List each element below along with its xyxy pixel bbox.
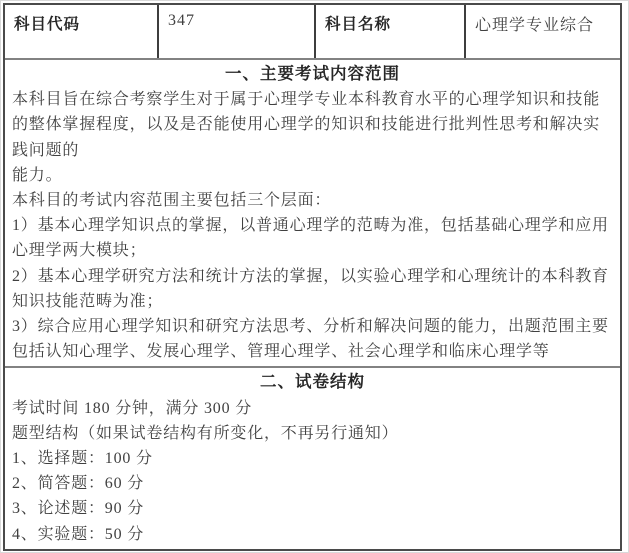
text-line: 1）基本心理学知识点的掌握，以普通心理学的范畴为准，包括基础心理学和应用 xyxy=(5,213,620,238)
text-line: 能力。 xyxy=(5,163,620,188)
text-line: 3、论述题：90 分 xyxy=(5,496,620,521)
text-line: 2）基本心理学研究方法和统计方法的掌握，以实验心理学和心理统计的本科教育 xyxy=(5,264,620,289)
text-line: 心理学两大模块； xyxy=(5,238,620,263)
subject-name-label: 科目名称 xyxy=(316,5,466,58)
document-page: 科目代码 347 科目名称 心理学专业综合 一、主要考试内容范围 本科目旨在综合… xyxy=(0,0,629,553)
section-exam-content-scope: 一、主要考试内容范围 本科目旨在综合考察学生对于属于心理学专业本科教育水平的心理… xyxy=(5,60,620,366)
subject-code-value: 347 xyxy=(159,5,316,58)
subject-name-value: 心理学专业综合 xyxy=(466,5,620,58)
text-line: 4、实验题：50 分 xyxy=(5,522,620,547)
subject-code-label: 科目代码 xyxy=(5,5,159,58)
text-line: 3）综合应用心理学知识和研究方法思考、分析和解决问题的能力，出题范围主要 xyxy=(5,314,620,339)
text-line: 题型结构（如果试卷结构有所变化，不再另行通知） xyxy=(5,421,620,446)
subject-info-row: 科目代码 347 科目名称 心理学专业综合 xyxy=(5,5,620,60)
section-body-exam-content-scope: 本科目旨在综合考察学生对于属于心理学专业本科教育水平的心理学知识和技能的整体掌握… xyxy=(5,87,620,364)
text-line: 2、简答题：60 分 xyxy=(5,471,620,496)
text-line: 包括认知心理学、发展心理学、管理心理学、社会心理学和临床心理学等 xyxy=(5,339,620,364)
text-line: 的整体掌握程度，以及是否能使用心理学的知识和技能进行批判性思考和解决实 xyxy=(5,112,620,137)
section-title-paper-structure: 二、试卷结构 xyxy=(5,370,620,395)
exam-syllabus-table: 科目代码 347 科目名称 心理学专业综合 一、主要考试内容范围 本科目旨在综合… xyxy=(3,3,622,551)
text-line: 考试时间 180 分钟，满分 300 分 xyxy=(5,396,620,421)
text-line: 本科目旨在综合考察学生对于属于心理学专业本科教育水平的心理学知识和技能 xyxy=(5,87,620,112)
section-body-paper-structure: 考试时间 180 分钟，满分 300 分题型结构（如果试卷结构有所变化，不再另行… xyxy=(5,396,620,547)
section-title-exam-content-scope: 一、主要考试内容范围 xyxy=(5,62,620,87)
section-paper-structure: 二、试卷结构 考试时间 180 分钟，满分 300 分题型结构（如果试卷结构有所… xyxy=(5,366,620,548)
text-line: 1、选择题：100 分 xyxy=(5,446,620,471)
text-line: 本科目的考试内容范围主要包括三个层面： xyxy=(5,188,620,213)
text-line: 知识技能范畴为准； xyxy=(5,289,620,314)
text-line: 践问题的 xyxy=(5,138,620,163)
